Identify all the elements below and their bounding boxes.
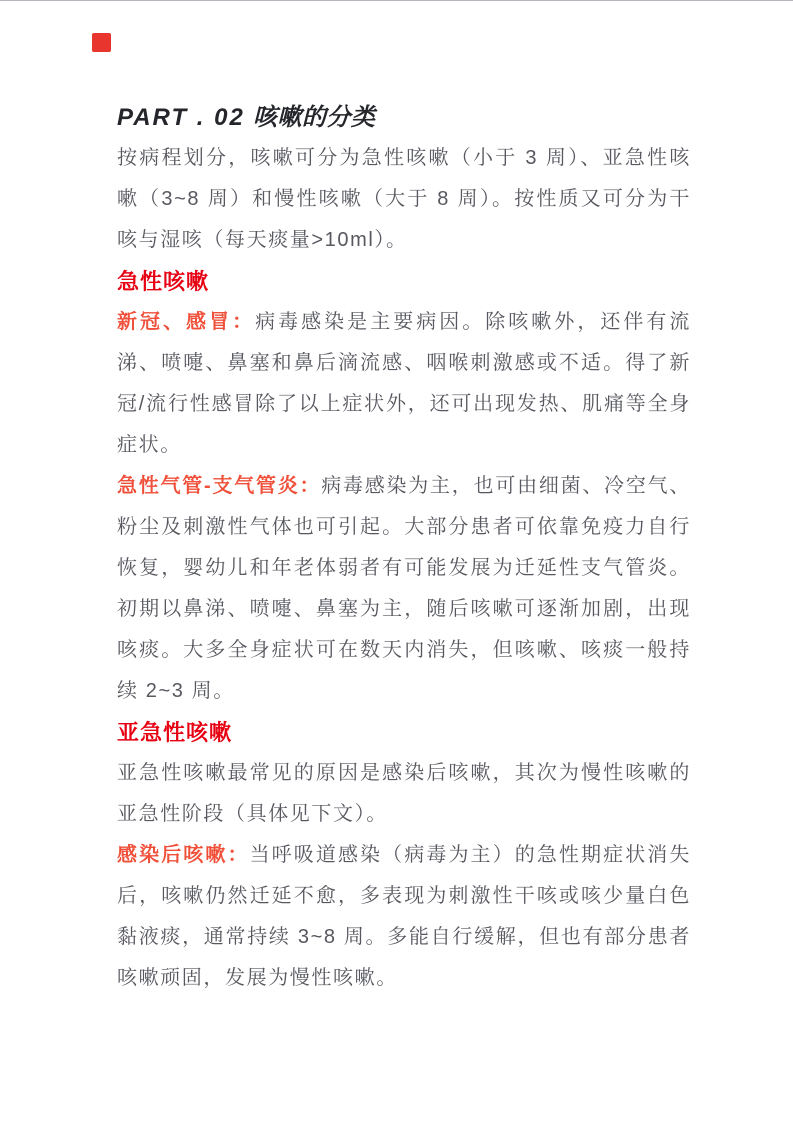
paragraph-acute-bronchitis: 急性气管-支气管炎：病毒感染为主，也可由细菌、冷空气、粉尘及刺激性气体也可引起。… xyxy=(117,466,691,712)
paragraph-cough-duration-overview: 按病程划分，咳嗽可分为急性咳嗽（小于 3 周）、亚急性咳嗽（3~8 周）和慢性咳… xyxy=(117,138,691,261)
label-covid-cold: 新冠、感冒： xyxy=(117,311,255,333)
paragraph-covid-cold: 新冠、感冒：病毒感染是主要病因。除咳嗽外，还伴有流涕、喷嚏、鼻塞和鼻后滴流感、咽… xyxy=(117,302,691,466)
red-square-decoration xyxy=(92,33,111,52)
paragraph-acute-bronchitis-text: 病毒感染为主，也可由细菌、冷空气、粉尘及刺激性气体也可引起。大部分患者可依靠免疫… xyxy=(117,475,691,702)
paragraph-post-infection-cough: 感染后咳嗽：当呼吸道感染（病毒为主）的急性期症状消失后，咳嗽仍然迁延不愈，多表现… xyxy=(117,835,691,999)
section-heading-subacute-cough: 亚急性咳嗽 xyxy=(117,712,691,753)
article-content: PART . 02咳嗽的分类 按病程划分，咳嗽可分为急性咳嗽（小于 3 周）、亚… xyxy=(0,1,793,999)
title-part-number: PART . 02 xyxy=(117,104,245,131)
paragraph-subacute-overview: 亚急性咳嗽最常见的原因是感染后咳嗽，其次为慢性咳嗽的亚急性阶段（具体见下文）。 xyxy=(117,753,691,835)
label-post-infection-cough: 感染后咳嗽： xyxy=(117,844,250,866)
document-page: PART . 02咳嗽的分类 按病程划分，咳嗽可分为急性咳嗽（小于 3 周）、亚… xyxy=(0,0,793,1122)
page-title: PART . 02咳嗽的分类 xyxy=(117,97,691,138)
title-text: 咳嗽的分类 xyxy=(253,104,376,131)
section-heading-acute-cough: 急性咳嗽 xyxy=(117,261,691,302)
label-acute-bronchitis: 急性气管-支气管炎： xyxy=(117,475,321,497)
